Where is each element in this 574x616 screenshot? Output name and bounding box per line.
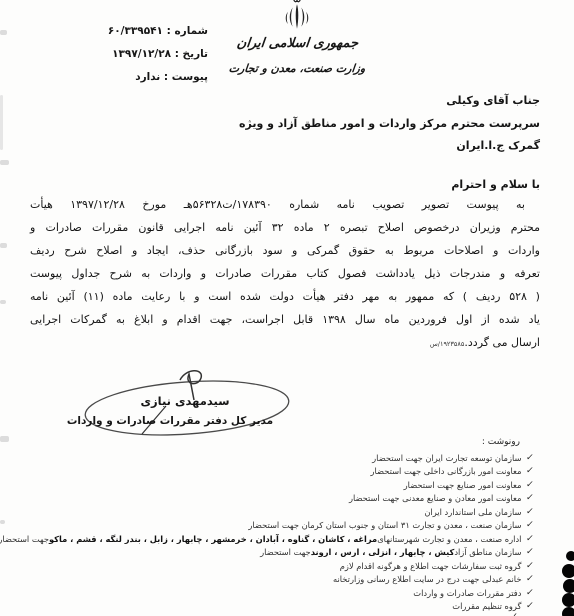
checkmark-icon: ✓ [526,466,535,476]
checkmark-icon: ✓ [526,520,535,530]
cc-item-text: گروه ثبت سفارشات جهت اطلاع و هرگونه اقدا… [340,561,522,571]
letter-body: به پیوست تصویر تصویب نامه شماره ۱۷۸۳۹۰/ت… [30,193,540,354]
checkmark-icon: ✓ [526,493,535,503]
checkmark-icon: ✓ [526,453,535,463]
recipient-line: جناب آقای وکیلی [239,90,540,113]
cc-item-text: کیش ، چابهار ، انزلی ، ارس ، اروند [311,547,455,557]
cc-item-text: سازمان توسعه تجارت ایران جهت استحضار [372,453,521,463]
cc-list: ✓سازمان توسعه تجارت ایران جهت استحضار✓مع… [0,451,534,613]
checkmark-icon: ✓ [526,534,535,544]
body-line: تعرفه و مندرجات ذیل یادداشت فصول کتاب مق… [30,262,540,285]
scan-edge-mark [0,300,6,304]
salutation: با سلام و احترام [451,178,540,191]
meta-date: تاریخ : ۱۳۹۷/۱۲/۲۸ [56,43,208,66]
body-line: به پیوست تصویر تصویب نامه شماره ۱۷۸۳۹۰/ت… [30,193,540,216]
cc-item: ✓معاونت امور معادن و صنایع معدنی جهت است… [0,492,534,506]
cc-item: ✓خانم عبدلی جهت درج در سایت اطلاع رسانی … [0,573,534,587]
archive-ref-note: ۱۹۲۳۵۸۵/س [430,340,465,348]
checkmark-icon: ✓ [526,547,535,557]
signer-name: سیدمهدی نیازی [100,394,270,408]
cc-item-text: معاونت امور بازرگانی داخلی جهت استحضار [370,466,521,476]
cc-item-text: سازمان صنعت ، معدن و تجارت ۳۱ استان و جن… [248,520,521,530]
cc-item-text: دفتر مقررات صادرات و واردات [413,588,521,598]
cc-label: رونوشت : [482,437,520,447]
scan-edge-mark [0,160,9,165]
scan-edge-mark [0,30,7,35]
scan-edge-mark [0,520,5,524]
cc-item-text: اداره صنعت ، معدن و تجارت شهرستانهای [377,534,521,544]
cc-partial-checkmark-icon: ✓ [510,612,518,616]
checkmark-icon: ✓ [526,588,535,598]
cc-item: ✓گروه ثبت سفارشات جهت اطلاع و هرگونه اقد… [0,559,534,573]
cc-item: ✓معاونت امور صنایع جهت استحضار [0,478,534,492]
scan-edge-mark [0,95,3,150]
cc-item-text: سازمان مناطق آزاد [454,547,521,557]
cc-item-text: جهت استحضار [260,547,311,557]
meta-number: شماره : ۶۰/۳۳۹۵۴۱ [56,20,208,43]
cc-item-text: مراغه ، کاشان ، گناوه ، آبادان ، خرمشهر … [49,534,377,544]
cc-item: ✓سازمان صنعت ، معدن و تجارت ۳۱ استان و ج… [0,519,534,533]
body-line: یاد شده از اول فروردین ماه سال ۱۳۹۸ قابل… [30,308,540,331]
scan-hole-dot [562,564,574,578]
cc-item-text: گروه تنظیم مقررات [452,601,521,611]
body-line: ارسال می گردد.۱۹۲۳۵۸۵/س [30,331,540,354]
recipient-line: سرپرست محترم مرکز واردات و امور مناطق آز… [239,113,540,136]
cc-item-text: معاونت امور معادن و صنایع معدنی جهت استح… [349,493,522,503]
checkmark-icon: ✓ [526,574,535,584]
cc-item: ✓سازمان ملی استاندارد ایران [0,505,534,519]
cc-item: ✓دفتر مقررات صادرات و واردات [0,586,534,600]
scan-edge-mark [0,436,9,442]
scan-hole-dot [562,593,574,607]
cc-item-text: معاونت امور صنایع جهت استحضار [404,480,522,490]
scan-hole-dot [566,551,574,561]
ministry-title: وزارت صنعت، معدن و تجارت [227,62,366,75]
cc-item: ✓معاونت امور بازرگانی داخلی جهت استحضار [0,465,534,479]
cc-item-text: جهت استحضار [0,534,49,544]
checkmark-icon: ✓ [526,561,535,571]
cc-item-text: خانم عبدلی جهت درج در سایت اطلاع رسانی و… [333,574,521,584]
recipient-line: گمرک ج.ا.ایران [239,135,540,158]
checkmark-icon: ✓ [526,480,535,490]
cc-item: ✓اداره صنعت ، معدن و تجارت شهرستانهای مر… [0,532,534,546]
meta-attachment: پیوست : ندارد [56,66,208,89]
scanned-letter-page: { "header": { "icons": { "emblem": "iran… [0,0,574,616]
signer-title: مدیر کل دفتر مقررات صادرات و واردات [45,415,295,427]
cc-item: ✓سازمان توسعه تجارت ایران جهت استحضار [0,451,534,465]
scan-edge-mark [0,243,7,248]
body-line: واردات و اصلاحات مربوط به حقوق گمرکی و س… [30,239,540,262]
body-line: ( ۵۲۸ ردیف ) که ممهور به مهر دفتر هیأت د… [30,285,540,308]
scan-hole-dot [563,579,574,593]
cc-item: ✓گروه تنظیم مقررات [0,600,534,614]
cc-item: ✓سازمان مناطق آزاد کیش ، چابهار ، انزلی … [0,546,534,560]
letter-meta-block: شماره : ۶۰/۳۳۹۵۴۱تاریخ : ۱۳۹۷/۱۲/۲۸پیوست… [56,20,208,89]
republic-title: جمهوری اسلامی ایران [234,36,361,51]
body-line: محترم وزیران درخصوص اصلاح تبصره ۲ ماده ۳… [30,216,540,239]
checkmark-icon: ✓ [526,507,535,517]
checkmark-icon: ✓ [526,601,535,611]
recipient-block: جناب آقای وکیلیسرپرست محترم مرکز واردات … [239,90,540,158]
iran-emblem-icon [281,0,313,37]
cc-item-text: سازمان ملی استاندارد ایران [424,507,521,517]
scan-hole-dot [562,607,574,616]
